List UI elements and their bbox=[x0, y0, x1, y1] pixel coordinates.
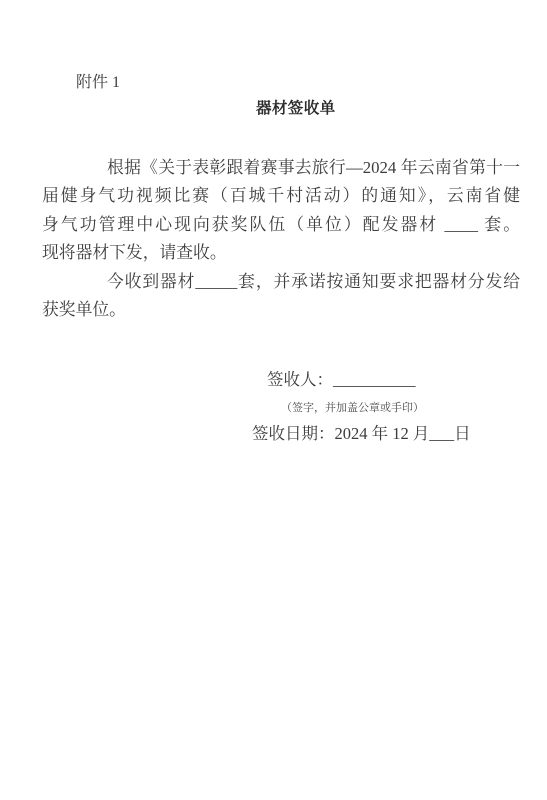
body-paragraph2-line2: 获奖单位。 bbox=[42, 296, 520, 324]
body-paragraph1-line3: 身气功管理中心现向获奖队伍（单位）配发器材 ____ 套。 bbox=[42, 211, 520, 239]
body-paragraph1-line2: 届健身气功视频比赛（百城千村活动）的通知》，云南省健 bbox=[42, 182, 520, 210]
body-paragraph1-line4: 现将器材下发，请查收。 bbox=[42, 239, 520, 267]
attachment-label: 附件 1 bbox=[76, 73, 120, 93]
signer-note: （签字，并加盖公章或手印） bbox=[281, 401, 424, 416]
body-paragraph1-line1: 根据《关于表彰跟着赛事去旅行—2024 年云南省第十一 bbox=[42, 154, 520, 182]
document-title: 器材签收单 bbox=[256, 99, 336, 119]
document-body: 根据《关于表彰跟着赛事去旅行—2024 年云南省第十一 届健身气功视频比赛（百城… bbox=[42, 154, 520, 324]
body-paragraph2-line1: 今收到器材_____套，并承诺按通知要求把器材分发给 bbox=[42, 268, 520, 296]
document-page: 附件 1 器材签收单 根据《关于表彰跟着赛事去旅行—2024 年云南省第十一 届… bbox=[0, 0, 547, 800]
signer-line: 签收人：__________ bbox=[267, 369, 416, 391]
date-line: 签收日期：2024 年 12 月___日 bbox=[252, 423, 471, 445]
